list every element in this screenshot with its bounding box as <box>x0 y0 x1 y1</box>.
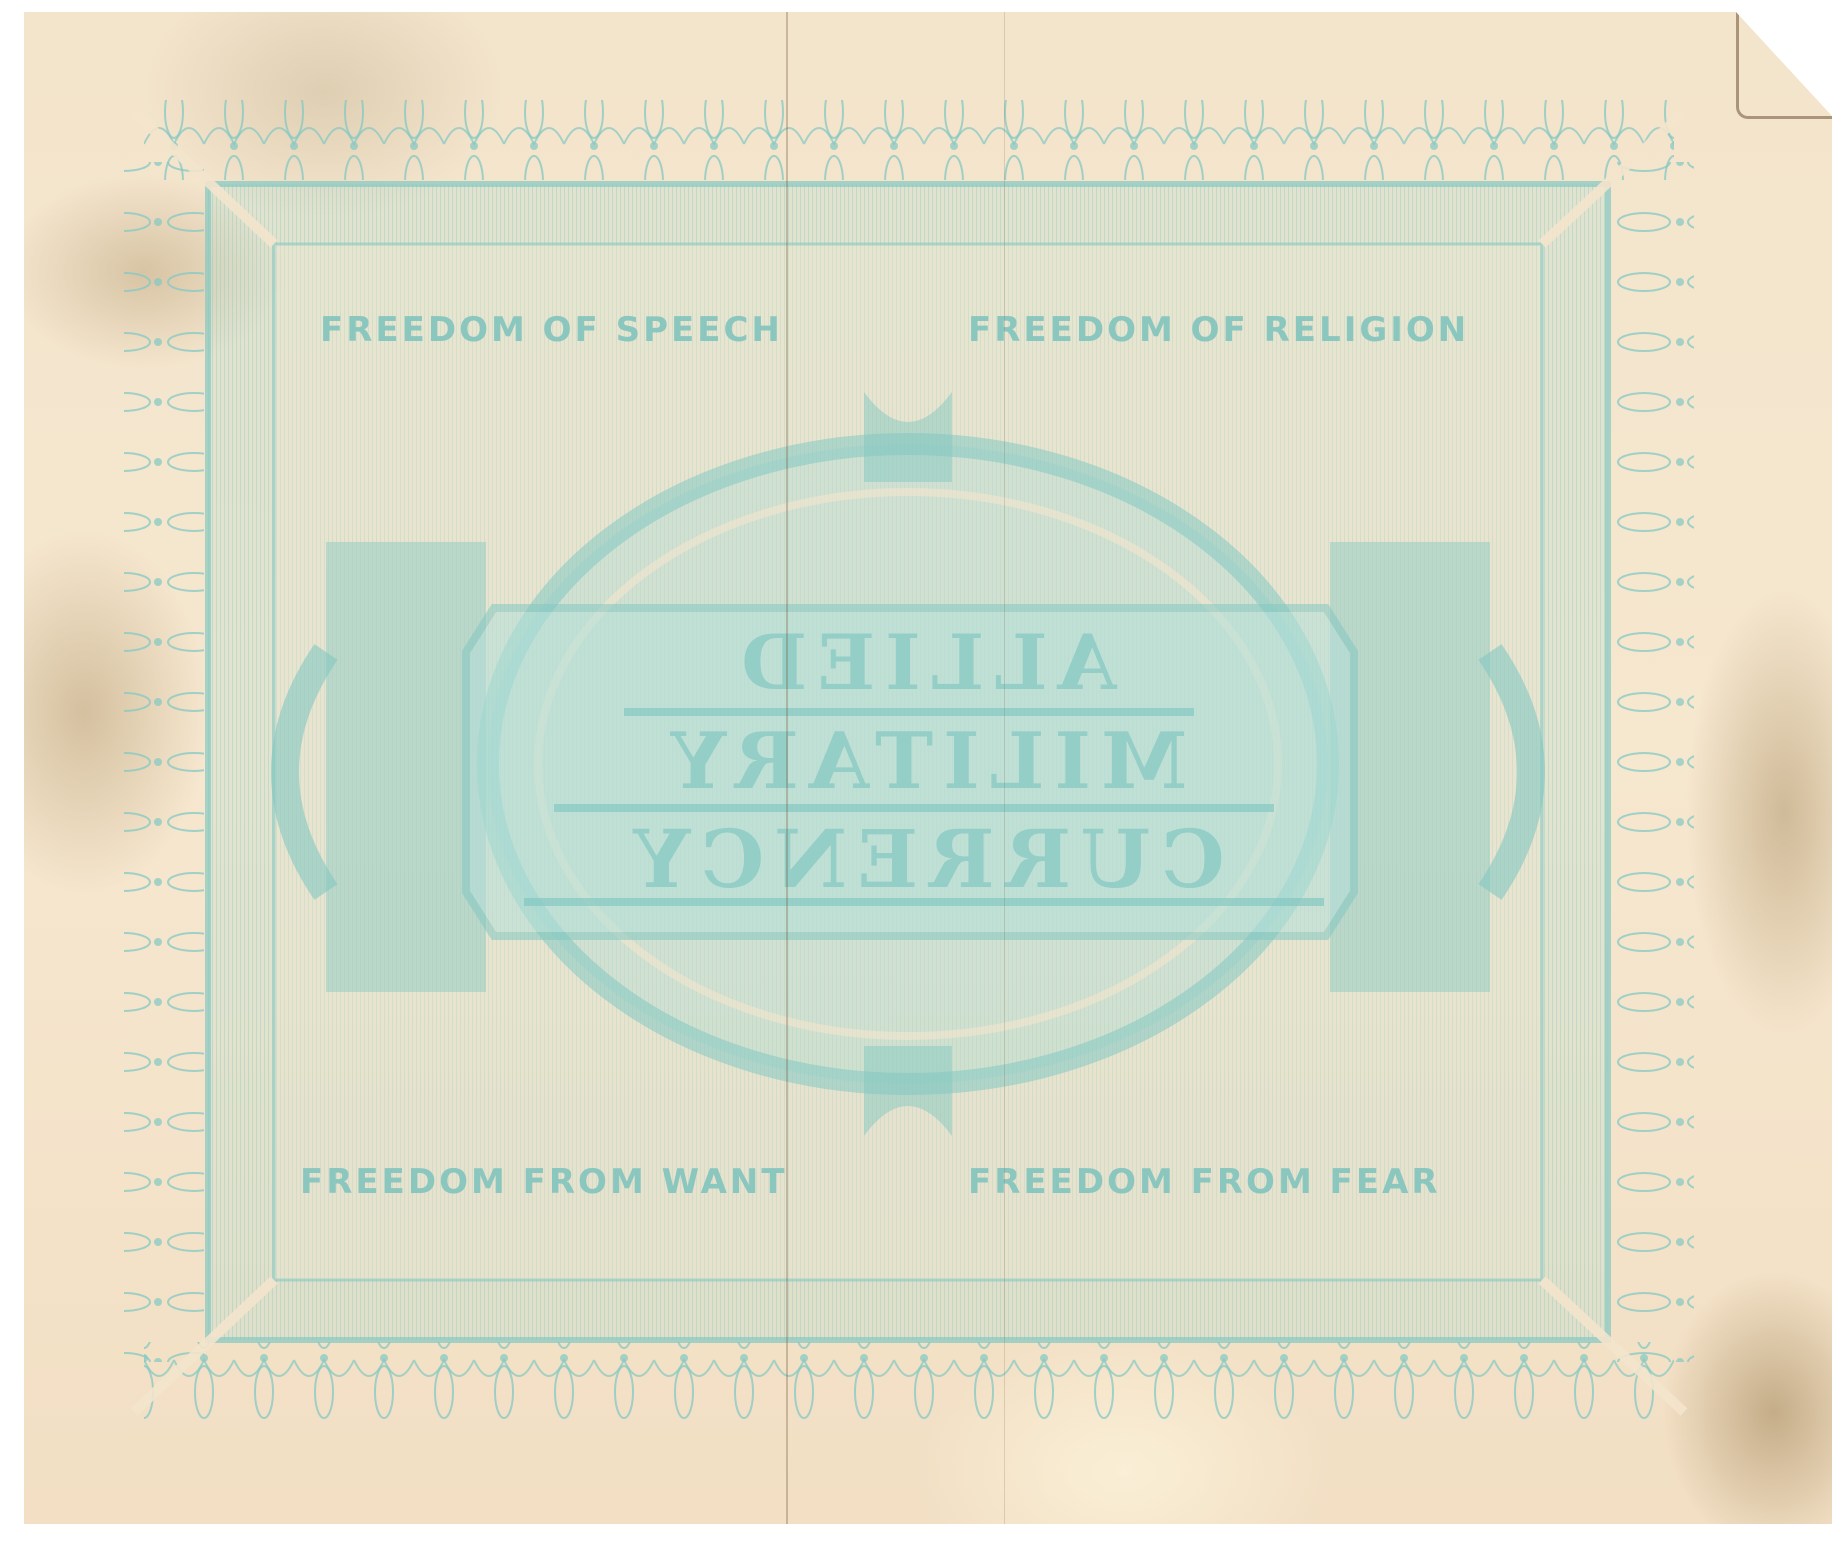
fold-crease <box>1004 12 1005 1524</box>
banknote: FREEDOM OF SPEECH FREEDOM OF RELIGION FR… <box>24 12 1832 1524</box>
freedom-of-speech-text: FREEDOM OF SPEECH <box>320 310 783 350</box>
cartouche-line-allied: ALLIED <box>474 618 1374 707</box>
guilloche-print: FREEDOM OF SPEECH FREEDOM OF RELIGION FR… <box>24 12 1832 1524</box>
folded-corner <box>1736 12 1835 119</box>
freedom-from-fear-text: FREEDOM FROM FEAR <box>968 1162 1441 1202</box>
cartouche-line-currency: CURRENCY <box>474 812 1374 906</box>
freedom-from-want-text: FREEDOM FROM WANT <box>300 1162 788 1202</box>
freedom-of-religion-text: FREEDOM OF RELIGION <box>968 310 1469 350</box>
cartouche-line-military: MILITARY <box>474 716 1374 807</box>
fold-crease <box>786 12 788 1524</box>
